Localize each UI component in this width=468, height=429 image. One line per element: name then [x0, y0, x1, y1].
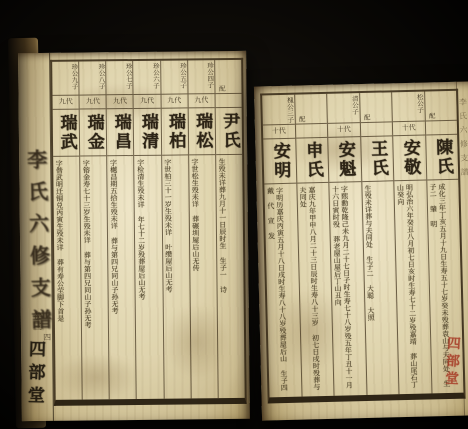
- parent-label: 配: [215, 60, 241, 94]
- parent-label: 珍公九子: [52, 62, 78, 96]
- parent-label-text: 配: [217, 85, 225, 92]
- parent-label: 配: [425, 91, 457, 122]
- biography-text: 字世松生殁未详 葬碾圳屋后山无传: [189, 155, 218, 398]
- generation-label: [360, 122, 392, 137]
- biography-text-text: 字镕金寿七十三岁生殁未详 葬与第四兄同山子孙无考: [81, 159, 92, 397]
- biography-text: 字樾昌期五拾生殁未详 葬与第四兄同山子孙无考: [107, 156, 136, 399]
- generation-label: 九代: [80, 95, 106, 109]
- person-name-text: 安魁: [336, 140, 354, 178]
- biography-text-text: 明弘治六年癸丑八月初七日亥时生寿七十二岁殁嘉靖 葬山尾石丁山癸向: [395, 184, 418, 392]
- parent-label-text: 配: [297, 115, 305, 122]
- person-name: 瑞昌: [107, 109, 134, 156]
- person-name-text: 安明: [271, 142, 289, 180]
- biography-text: 字检清生殁未详 年七十二岁殁葬屋后山无考: [135, 156, 164, 399]
- biography-text-text: 字偕武明迁铜兑丙寅生殁未详 葬有寿公茔脚下首是: [54, 160, 65, 398]
- generation-label: 十代: [263, 125, 295, 140]
- person-name: 安敬: [393, 136, 426, 182]
- photo-of-genealogy-book: 配尹氏生殁未详葬九月十一日辰时生 生子一 诗珍公四子九代瑞松字世松生殁未详 葬碾…: [0, 0, 468, 429]
- person-name: 尹氏: [216, 108, 243, 155]
- person-name: 瑞武: [53, 110, 80, 157]
- person-name: 瑞金: [80, 109, 107, 156]
- parent-label: 珍公五子: [161, 60, 187, 94]
- biography-text: 字镕金寿七十三岁生殁未详 葬与第四兄同山子孙无考: [80, 156, 109, 399]
- parent-label: 珍公七子: [106, 61, 132, 95]
- parent-label-text: 珍公七子: [124, 63, 132, 89]
- parent-label-text: 珍公八子: [97, 63, 105, 89]
- person-name: 瑞松: [188, 108, 215, 155]
- generation-label: 九代: [161, 94, 187, 108]
- parent-label: 配: [295, 94, 327, 125]
- parent-label-text: 珍公五子: [178, 62, 186, 88]
- genealogy-column: 珍公六子九代瑞清字检清生殁未详 年七十二岁殁葬屋后山无考: [133, 61, 164, 399]
- generation-label: [215, 94, 241, 108]
- parent-label: 槐公三子: [262, 95, 294, 126]
- person-name: 安魁: [328, 137, 361, 183]
- left-page: 配尹氏生殁未详葬九月十一日辰时生 生子一 诗珍公四子九代瑞松字世松生殁未详 葬碾…: [18, 51, 250, 421]
- biography-text-text: 嘉庆九年甲申八月二十三日辰时生寿八十三岁 初七日戌时殁葬与夫同处: [298, 186, 321, 394]
- biography-text: 字世柏三十一岁生殁未详 叶缵屋后山无考: [162, 155, 191, 398]
- person-name: 陳氏: [426, 135, 459, 181]
- parent-label-text: 配: [362, 113, 370, 120]
- spine-volume-label: 卷三: [30, 311, 43, 333]
- biography-text-text: 字世松生殁未详 葬碾圳屋后山无传: [190, 158, 201, 396]
- person-name: 瑞柏: [161, 108, 188, 155]
- parent-label: 珍公六子: [134, 61, 160, 95]
- parent-label: 松公子: [392, 92, 424, 123]
- genealogy-column: 珍公五子九代瑞柏字世柏三十一岁生殁未详 叶缵屋后山无考: [160, 60, 191, 398]
- person-name-text: 瑞武: [57, 114, 74, 152]
- biography-text-text: 生殁未详葬九月十一日辰时生 生子一 诗: [217, 158, 228, 396]
- biography-text: 生殁未详葬与夫同处 生子二 大聪 大照: [362, 181, 399, 395]
- generation-label: 十代: [328, 123, 360, 138]
- parent-label-text: 珍公九子: [70, 64, 78, 90]
- parent-label-text: 珍公四子: [206, 62, 214, 88]
- parent-label: 清公子: [327, 93, 359, 124]
- fold-book-title: 李氏六修支譜: [457, 97, 468, 181]
- person-name: 申氏: [296, 138, 329, 184]
- biography-text-text: 字樾昌期五拾生殁未详 葬与第四兄同山子孙无考: [108, 159, 119, 397]
- genealogy-column: 珍公八子九代瑞金字镕金寿七十三岁生殁未详 葬与第四兄同山子孙无考: [78, 61, 109, 399]
- genealogy-column: 珍公九子九代瑞武字偕武明迁铜兑丙寅生殁未详 葬有寿公茔脚下首是: [52, 62, 82, 400]
- generation-label: [425, 121, 457, 136]
- parent-label-text: 松公子: [415, 94, 423, 114]
- parent-label-text: 珍公六子: [151, 63, 159, 89]
- generation-label: 九代: [188, 94, 214, 108]
- hall-name-stamp: 四部堂: [22, 340, 49, 410]
- person-name-text: 瑞柏: [166, 112, 183, 150]
- generation-label: [295, 124, 327, 139]
- generation-label: 九代: [53, 96, 79, 110]
- biography-text: 字熙勳乾隆己未九月二十七日子时生寿七十八岁殁五年丁丑十一月十六日寅时殁 葬老屋山…: [329, 182, 366, 396]
- parent-label-text: 清公子: [350, 95, 358, 115]
- person-name-text: 瑞金: [84, 113, 101, 151]
- genealogy-column: 珍公四子九代瑞松字世松生殁未详 葬碾圳屋后山无传: [187, 60, 218, 398]
- genealogy-column: 配尹氏生殁未详葬九月十一日辰时生 生子一 诗: [214, 60, 245, 398]
- left-genealogy-table: 配尹氏生殁未详葬九月十一日辰时生 生子一 诗珍公四子九代瑞松字世松生殁未详 葬碾…: [50, 58, 247, 406]
- person-name-text: 安敬: [401, 139, 419, 177]
- biography-text-text: 字检清生殁未详 年七十二岁殁葬屋后山无考: [136, 159, 147, 397]
- red-hall-seal: 四部堂: [440, 336, 463, 389]
- right-page: 配陳氏成化三年丁亥五月十九日生寿五十七岁癸未殁葬袁山与夫同处 生子二 肇 明松公…: [254, 81, 468, 420]
- person-name-text: 瑞昌: [112, 113, 129, 151]
- biography-text-text: 字世柏三十一岁生殁未详 叶缵屋后山无考: [163, 159, 174, 397]
- generation-label: 九代: [134, 95, 160, 109]
- person-name-text: 陳氏: [433, 138, 451, 176]
- person-name: 安明: [263, 139, 296, 185]
- parent-label: 珍公八子: [79, 61, 105, 95]
- generation-label: 十代: [393, 122, 425, 137]
- person-name: 王氏: [361, 136, 394, 182]
- parent-label: 配: [360, 92, 392, 123]
- generation-label: 九代: [107, 95, 133, 109]
- genealogy-column: 珍公七子九代瑞昌字樾昌期五拾生殁未详 葬与第四兄同山子孙无考: [105, 61, 136, 399]
- biography-text: 生殁未详葬九月十一日辰时生 生子一 诗: [216, 155, 245, 398]
- parent-label: 珍公四子: [188, 60, 214, 94]
- biography-text-text: 字熙勳乾隆己未九月二十七日子时生寿七十八岁殁五年丁丑十一月十六日寅时殁 葬老屋山…: [330, 185, 353, 393]
- parent-label-text: 配: [427, 112, 435, 119]
- biography-text-text: 字明历嘉庆丙寅五月十八日戌时生寿八十八岁殁葬屋后山 生子四 戴 代 宣 发: [265, 187, 288, 395]
- biography-text: 明弘治六年癸丑八月初七日亥时生寿七十二岁殁嘉靖 葬山尾石丁山癸向: [394, 181, 431, 395]
- person-name-text: 瑞清: [139, 113, 156, 151]
- biography-text: 字明历嘉庆丙寅五月十八日戌时生寿八十八岁殁葬屋后山 生子四 戴 代 宣 发: [264, 184, 301, 398]
- person-name: 瑞清: [134, 109, 161, 156]
- biography-text: 字偕武明迁铜兑丙寅生殁未详 葬有寿公茔脚下首是: [53, 157, 82, 400]
- person-name-text: 王氏: [368, 140, 386, 178]
- biography-text: 嘉庆九年甲申八月二十三日辰时生寿八十三岁 初七日戌时殁葬与夫同处: [297, 183, 334, 397]
- person-name-text: 申氏: [303, 141, 321, 179]
- parent-label-text: 槐公三子: [285, 97, 293, 123]
- person-name-text: 瑞松: [193, 112, 210, 150]
- right-genealogy-table: 配陳氏成化三年丁亥五月十九日生寿五十七岁癸未殁葬袁山与夫同处 生子二 肇 明松公…: [260, 89, 466, 404]
- person-name-text: 尹氏: [220, 112, 237, 150]
